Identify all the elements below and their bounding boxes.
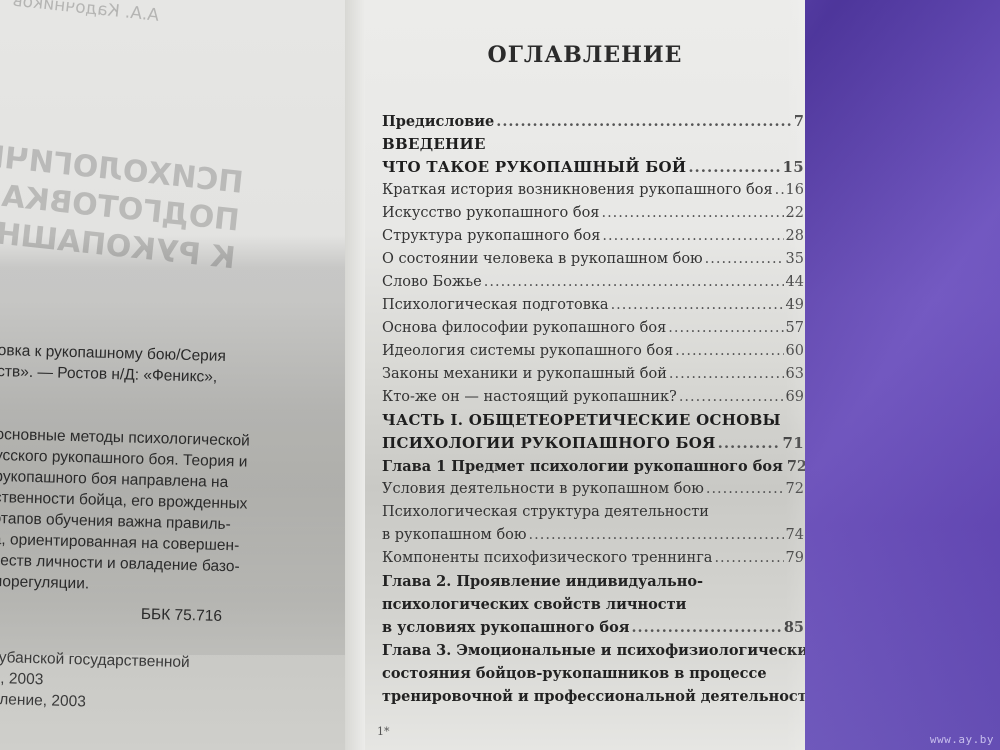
toc-entry-page: 72 [787, 455, 805, 478]
toc-entry-label: Условия деятельности в рукопашном бою [382, 478, 704, 501]
dot-leader [496, 110, 792, 133]
toc-title: ОГЛАВЛЕНИЕ [365, 42, 805, 68]
toc-entry: ЧАСТЬ I. ОБЩЕТЕОРЕТИЧЕСКИЕ ОСНОВЫ [382, 409, 804, 432]
toc-entry-page: 71 [783, 432, 804, 455]
toc-entry: Структура рукопашного боя28 [382, 225, 804, 248]
dot-leader [706, 478, 784, 501]
toc-entry: тренировочной и профессиональной деятель… [382, 685, 804, 708]
toc-entry-page: 60 [786, 340, 804, 363]
toc-entry: в рукопашном бою74 [382, 524, 804, 547]
dot-leader [718, 432, 781, 455]
toc-entry: Условия деятельности в рукопашном бою72 [382, 478, 804, 501]
toc-entry-label: в рукопашном бою [382, 524, 527, 547]
dot-leader [484, 271, 784, 294]
toc-entry-page: 28 [786, 225, 804, 248]
toc-entry-label: Глава 3. Эмоциональные и психофизиологич… [382, 639, 805, 662]
toc-entry: Психологическая подготовка49 [382, 294, 804, 317]
toc-entry-page: 72 [786, 478, 804, 501]
toc-entry: Основа философии рукопашного боя57 [382, 317, 804, 340]
toc-entry-label: ВВЕДЕНИЕ [382, 133, 486, 156]
left-page: А.А. Кадочников ПСИХОЛОГИЧЕСКАЯ ПОДГОТОВ… [0, 0, 346, 750]
toc-entry-label: Законы механики и рукопашный бой [382, 363, 667, 386]
toc-entry-label: Основа философии рукопашного боя [382, 317, 666, 340]
dot-leader [668, 317, 783, 340]
dot-leader [688, 156, 780, 179]
toc-entry: Глава 1 Предмет психологии рукопашного б… [382, 455, 804, 478]
toc-entry-label: Психологическая подготовка [382, 294, 609, 317]
toc-entry: состояния бойцов-рукопашников в процессе [382, 662, 804, 685]
toc-entry-page: 69 [786, 386, 804, 409]
dot-leader [679, 386, 784, 409]
toc-entry: Кто-же он — настоящий рукопашник?69 [382, 386, 804, 409]
toc-entry-label: Искусство рукопашного боя [382, 202, 599, 225]
imprint-block: овка к рукопашному бою/Серия ств». — Рос… [0, 340, 338, 719]
toc-entry: Краткая история возникновения рукопашног… [382, 179, 804, 202]
toc-entry-label: ЧАСТЬ I. ОБЩЕТЕОРЕТИЧЕСКИЕ ОСНОВЫ [382, 409, 781, 432]
toc-entry-label: Слово Божье [382, 271, 482, 294]
table-of-contents: Предисловие7ВВЕДЕНИЕЧТО ТАКОЕ РУКОПАШНЫЙ… [382, 110, 804, 708]
toc-entry-page: 49 [786, 294, 804, 317]
toc-entry: Компоненты психофизического треннинга79 [382, 547, 804, 570]
toc-entry: в условиях рукопашного боя85 [382, 616, 804, 639]
toc-entry: Глава 2. Проявление индивидуально- [382, 570, 804, 593]
toc-entry: Психологическая структура деятельности [382, 501, 804, 524]
toc-entry: психологических свойств личности [382, 593, 804, 616]
toc-entry: О состоянии человека в рукопашном бою35 [382, 248, 804, 271]
toc-entry-label: в условиях рукопашного боя [382, 616, 629, 639]
toc-entry-label: Глава 2. Проявление индивидуально- [382, 570, 703, 593]
toc-entry-page: 63 [786, 363, 804, 386]
toc-entry: Глава 3. Эмоциональные и психофизиологич… [382, 639, 804, 662]
toc-entry: Законы механики и рукопашный бой63 [382, 363, 804, 386]
watermark: www.ay.by [930, 733, 994, 746]
toc-entry-page: 85 [784, 616, 804, 639]
toc-entry: Идеология системы рукопашного боя60 [382, 340, 804, 363]
toc-entry-label: Психологическая структура деятельности [382, 501, 709, 524]
toc-entry: Слово Божье44 [382, 271, 804, 294]
toc-entry-label: Структура рукопашного боя [382, 225, 600, 248]
dot-leader [714, 547, 783, 570]
dot-leader [675, 340, 783, 363]
signature-mark: 1* [377, 725, 390, 738]
dot-leader [631, 616, 781, 639]
bbk-code: ББК 75.716 [0, 600, 331, 630]
right-page: ОГЛАВЛЕНИЕ Предисловие7ВВЕДЕНИЕЧТО ТАКОЕ… [365, 0, 805, 750]
toc-entry-page: 79 [786, 547, 804, 570]
toc-entry-page: 15 [783, 156, 804, 179]
toc-entry-page: 7 [794, 110, 804, 133]
toc-entry: ПСИХОЛОГИИ РУКОПАШНОГО БОЯ71 [382, 432, 804, 455]
bleed-through-author: А.А. Кадочников [12, 0, 160, 26]
toc-entry-label: тренировочной и профессиональной деятель… [382, 685, 805, 708]
toc-entry-label: психологических свойств личности [382, 593, 686, 616]
toc-entry-label: ЧТО ТАКОЕ РУКОПАШНЫЙ БОЙ [382, 156, 686, 179]
toc-entry-label: Краткая история возникновения рукопашног… [382, 179, 773, 202]
toc-entry-page: 74 [786, 524, 804, 547]
dot-leader [601, 202, 783, 225]
book-gutter [345, 0, 365, 750]
dot-leader [611, 294, 784, 317]
toc-entry: Предисловие7 [382, 110, 804, 133]
toc-entry-label: Кто-же он — настоящий рукопашник? [382, 386, 677, 409]
toc-entry-label: Предисловие [382, 110, 494, 133]
toc-entry-page: 44 [786, 271, 804, 294]
toc-entry-page: 57 [786, 317, 804, 340]
toc-entry-label: ПСИХОЛОГИИ РУКОПАШНОГО БОЯ [382, 432, 716, 455]
toc-entry: ВВЕДЕНИЕ [382, 133, 804, 156]
toc-entry-label: О состоянии человека в рукопашном бою [382, 248, 703, 271]
toc-entry-label: состояния бойцов-рукопашников в процессе [382, 662, 767, 685]
toc-entry: ЧТО ТАКОЕ РУКОПАШНЫЙ БОЙ15 [382, 156, 804, 179]
toc-entry-page: 16 [786, 179, 804, 202]
dot-leader [775, 179, 784, 202]
toc-entry-page: 22 [786, 202, 804, 225]
toc-entry-label: Идеология системы рукопашного боя [382, 340, 673, 363]
dot-leader [705, 248, 784, 271]
toc-entry-label: Компоненты психофизического треннинга [382, 547, 712, 570]
dot-leader [669, 363, 784, 386]
toc-entry: Искусство рукопашного боя22 [382, 202, 804, 225]
toc-entry-label: Глава 1 Предмет психологии рукопашного б… [382, 455, 783, 478]
toc-entry-page: 35 [786, 248, 804, 271]
dot-leader [529, 524, 784, 547]
dot-leader [602, 225, 783, 248]
